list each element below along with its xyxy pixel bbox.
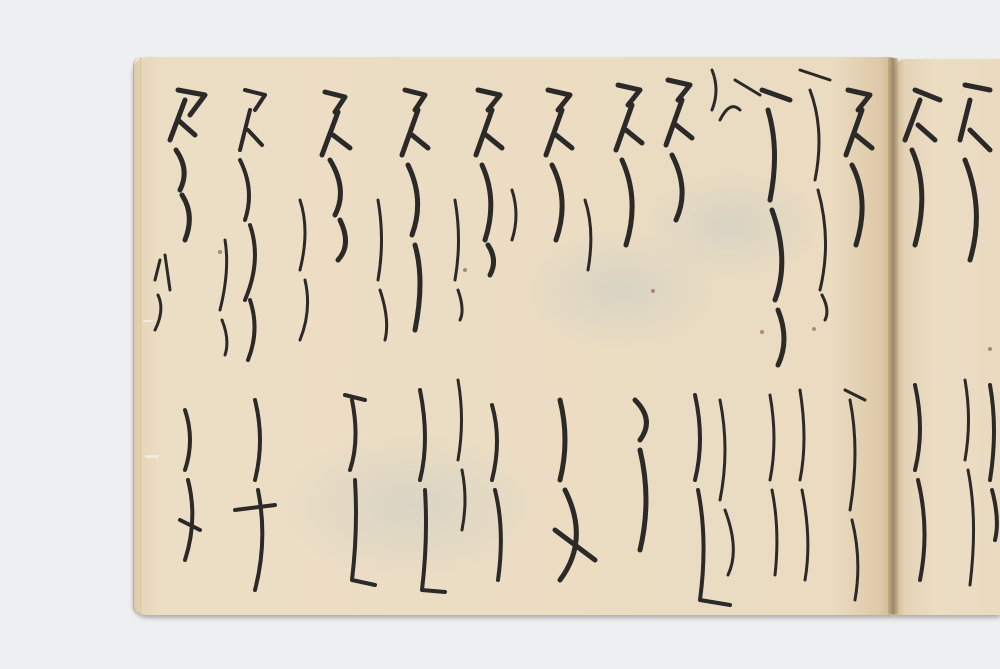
ink-strokes bbox=[0, 0, 1000, 669]
